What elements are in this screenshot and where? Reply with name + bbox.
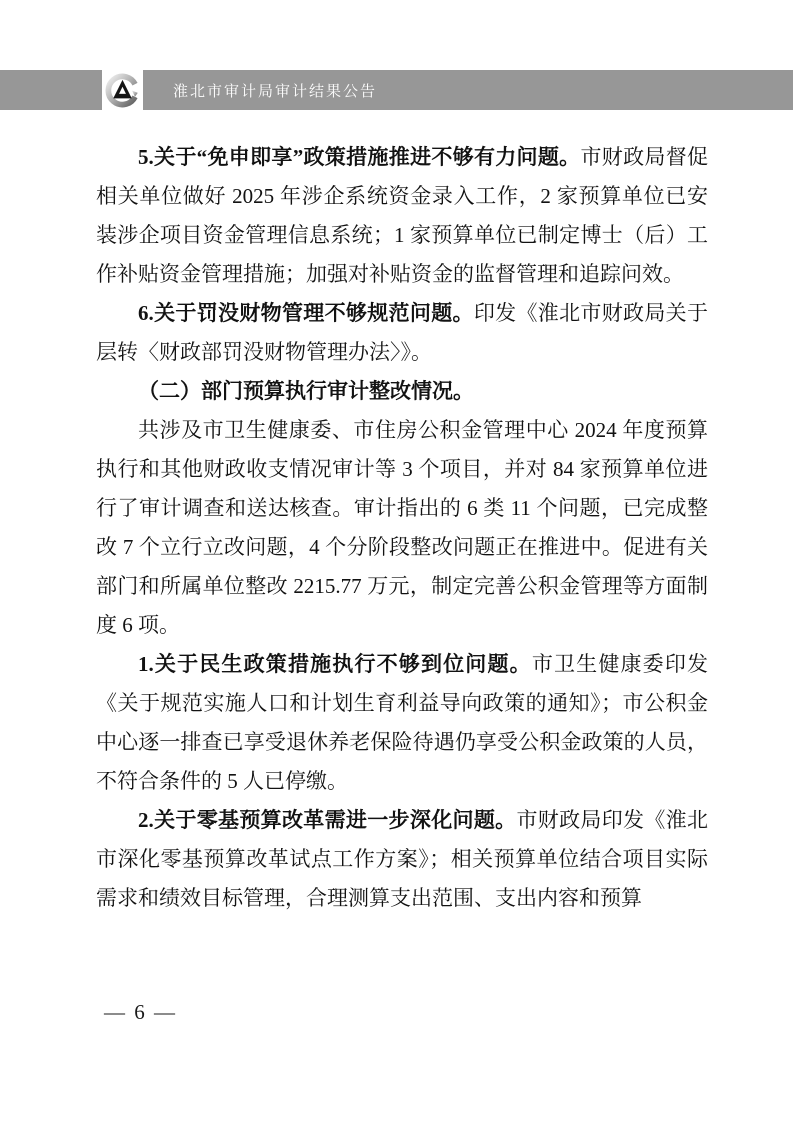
audit-emblem-icon	[104, 72, 141, 109]
paragraph-item-1: 1.关于民生政策措施执行不够到位问题。市卫生健康委印发《关于规范实施人口和计划生…	[96, 645, 708, 801]
section-heading-text: （二）部门预算执行审计整改情况。	[138, 379, 474, 403]
paragraph-item-2: 2.关于零基预算改革需进一步深化问题。市财政局印发《淮北市深化零基预算改革试点工…	[96, 801, 708, 918]
header-band: 淮北市审计局审计结果公告	[0, 70, 793, 110]
paragraph-item-5: 5.关于“免申即享”政策措施推进不够有力问题。市财政局督促相关单位做好 2025…	[96, 138, 708, 294]
document-page: { "header": { "title": "淮北市审计局审计结果公告", "…	[0, 0, 793, 1122]
paragraph-summary: 共涉及市卫生健康委、市住房公积金管理中心 2024 年度预算执行和其他财政收支情…	[96, 411, 708, 645]
paragraph-bold-lead: 1.关于民生政策措施执行不够到位问题。	[138, 652, 532, 676]
header-title: 淮北市审计局审计结果公告	[173, 70, 377, 110]
audit-logo	[102, 67, 143, 113]
paragraph-bold-lead: 6.关于罚没财物管理不够规范问题。	[138, 301, 474, 325]
paragraph-bold-lead: 2.关于零基预算改革需进一步深化问题。	[138, 808, 516, 832]
paragraph-bold-lead: 5.关于“免申即享”政策措施推进不够有力问题。	[138, 145, 580, 169]
paragraph-item-6: 6.关于罚没财物管理不够规范问题。印发《淮北市财政局关于层转〈财政部罚没财物管理…	[96, 294, 708, 372]
section-heading: （二）部门预算执行审计整改情况。	[96, 372, 708, 411]
paragraph-text: 共涉及市卫生健康委、市住房公积金管理中心 2024 年度预算执行和其他财政收支情…	[96, 418, 708, 637]
document-body: 5.关于“免申即享”政策措施推进不够有力问题。市财政局督促相关单位做好 2025…	[96, 138, 708, 918]
page-number: — 6 —	[104, 1000, 177, 1025]
